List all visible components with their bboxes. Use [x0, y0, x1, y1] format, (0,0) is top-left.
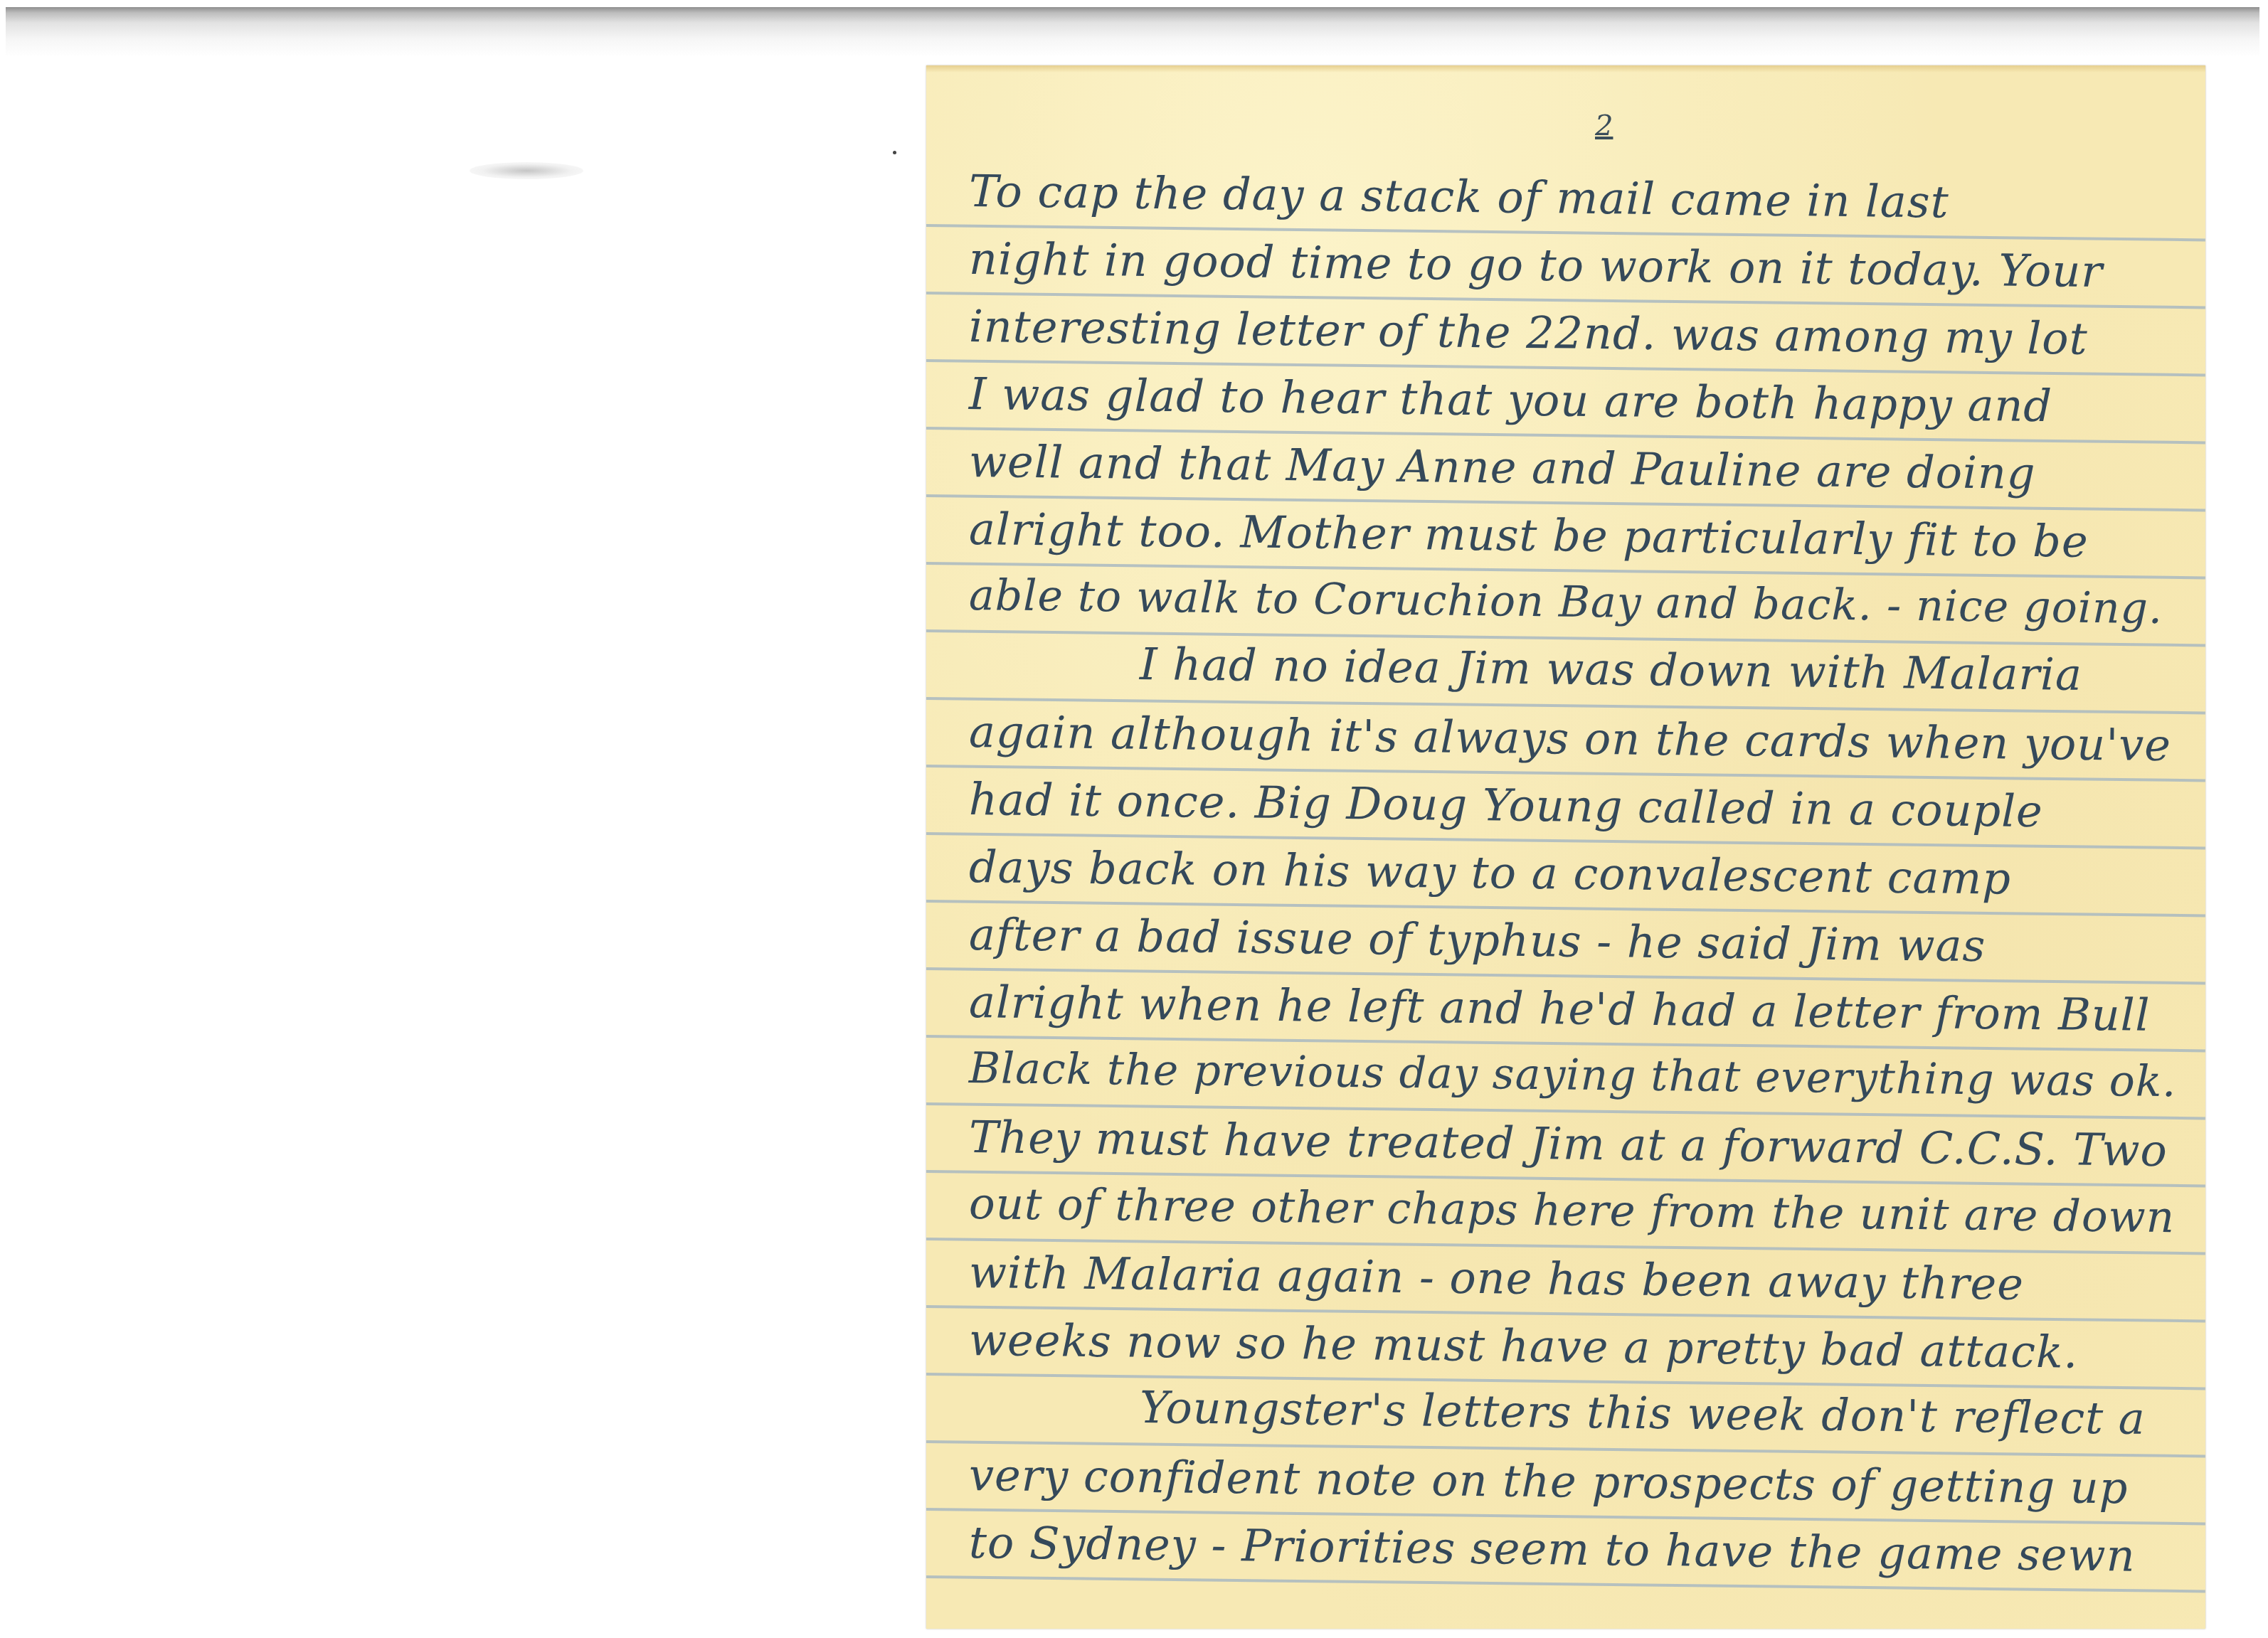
- scanner-shadow-band: [6, 7, 2259, 57]
- letter-line: interesting letter of the 22nd. was amon…: [969, 300, 2088, 365]
- letter-line: I was glad to hear that you are both hap…: [969, 368, 2053, 432]
- letter-line: with Malaria again - one has been away t…: [969, 1246, 2025, 1310]
- letter-line: night in good time to go to work on it t…: [969, 233, 2104, 297]
- letter-page: 2 To cap the day a stack of mail came in…: [926, 65, 2205, 1629]
- letter-line: well and that May Anne and Pauline are d…: [969, 435, 2036, 499]
- letter-line: days back on his way to a convalescent c…: [969, 841, 2012, 905]
- letter-line: They must have treated Jim at a forward …: [969, 1111, 2168, 1176]
- letter-line: after a bad issue of typhus - he said Ji…: [969, 908, 1986, 972]
- letter-line: very confident note on the prospects of …: [969, 1449, 2129, 1514]
- letter-line: able to walk to Coruchion Bay and back. …: [969, 570, 2163, 634]
- letter-line: weeks now so he must have a pretty bad a…: [969, 1314, 2079, 1378]
- letter-line: to Sydney - Priorities seem to have the …: [969, 1516, 2136, 1582]
- letter-line: Black the previous day saying that every…: [969, 1043, 2177, 1107]
- letter-line: I had no idea Jim was down with Malaria: [1140, 638, 2083, 701]
- scan-smudge: [470, 162, 583, 179]
- letter-line: To cap the day a stack of mail came in l…: [969, 165, 1949, 228]
- letter-line: alright when he left and he'd had a lett…: [969, 976, 2151, 1041]
- letter-line: alright too. Mother must be particularly…: [969, 503, 2089, 568]
- letter-line: again although it's always on the cards …: [969, 706, 2172, 771]
- scan-speck: [893, 151, 896, 154]
- letter-line: Youngster's letters this week don't refl…: [1140, 1381, 2146, 1445]
- letter-line: out of three other chaps here from the u…: [969, 1179, 2176, 1243]
- paper-torn-edge: [926, 65, 2205, 73]
- letter-line: had it once. Big Doug Young called in a …: [969, 773, 2044, 837]
- page-number: 2: [1595, 110, 1613, 142]
